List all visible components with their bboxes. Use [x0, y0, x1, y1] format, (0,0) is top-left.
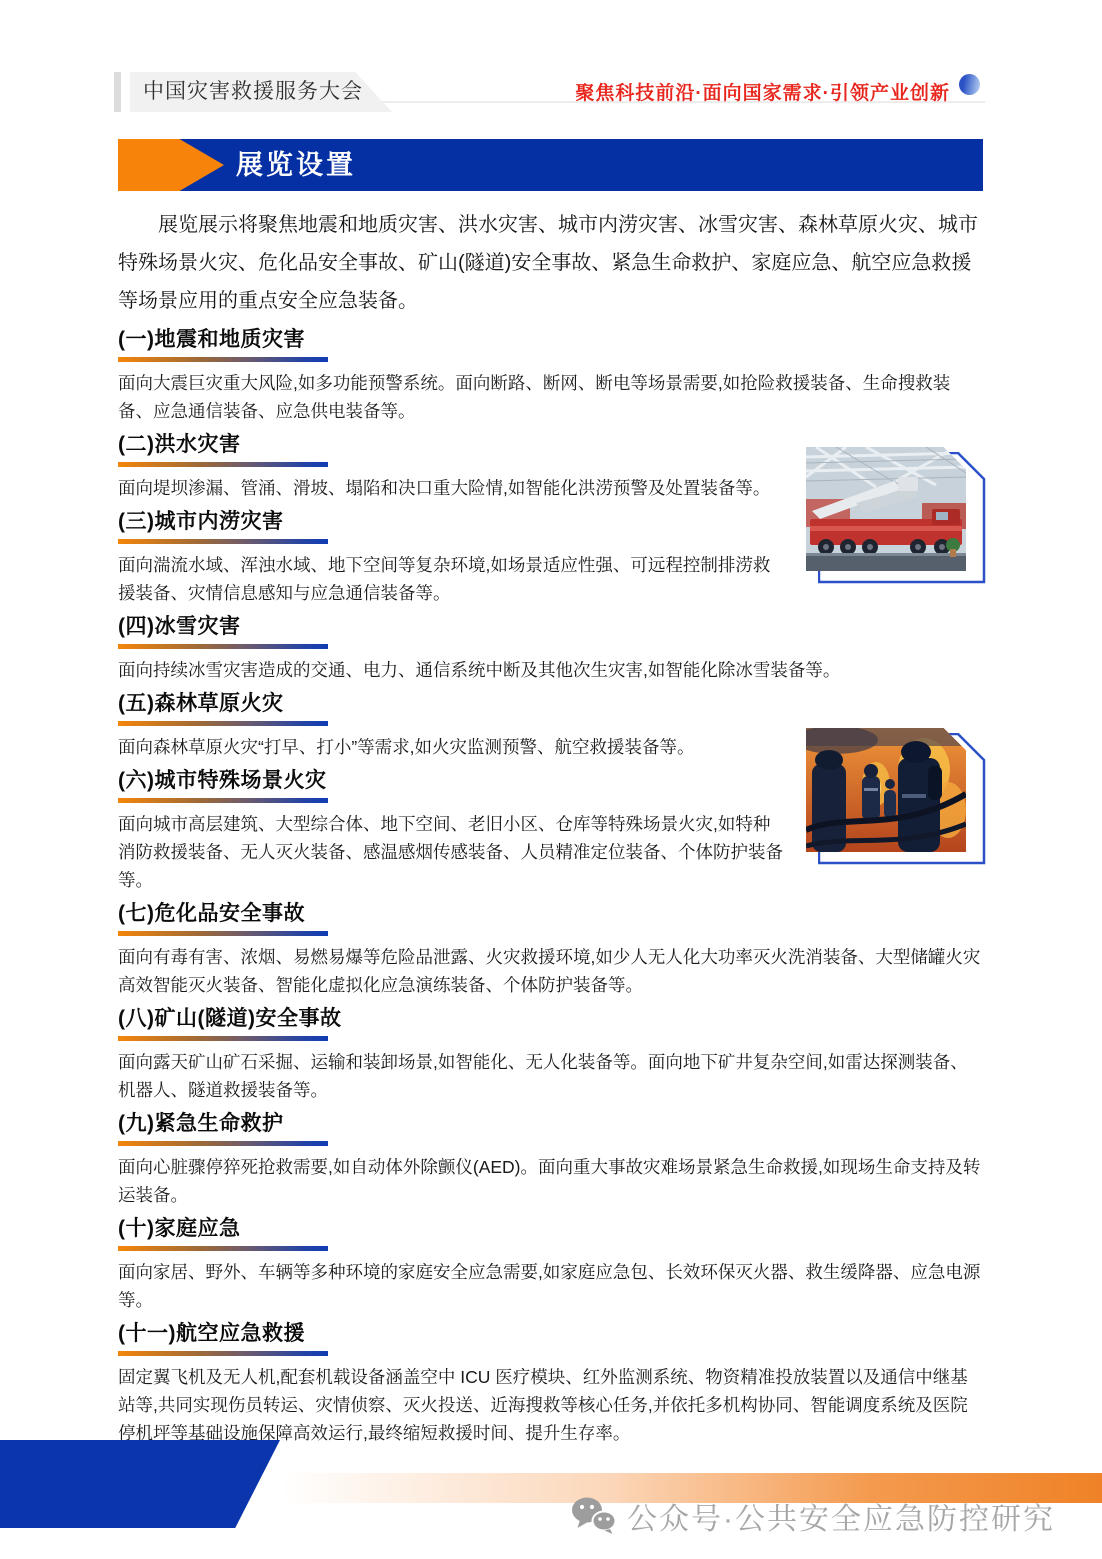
- content-column: 展览展示将聚焦地震和地质灾害、洪水灾害、城市内涝灾害、冰雪灾害、森林草原火灾、城…: [118, 206, 984, 1447]
- watermark-text: 公众号·公共安全应急防控研究: [627, 1494, 1055, 1538]
- heading-underline: [118, 644, 328, 649]
- section-title-banner: 展览设置: [118, 139, 983, 191]
- section-hazchem: (七)危化品安全事故 面向有毒有害、浓烟、易燃易爆等危险品泄露、火灾救援环境,如…: [118, 900, 984, 999]
- heading-underline: [118, 1036, 328, 1041]
- firefighters-photo-art: [806, 728, 966, 852]
- section-body: 面向心脏骤停猝死抢救需要,如自动体外除颤仪(AED)。面向重大事故灾难场景紧急生…: [118, 1153, 984, 1209]
- section-home-emergency: (十)家庭应急 面向家居、野外、车辆等多种环境的家庭安全应急需要,如家庭应急包、…: [118, 1215, 984, 1314]
- heading-underline: [118, 462, 328, 467]
- firefighters-blaze-photo: [806, 728, 984, 860]
- heading-underline: [118, 1351, 328, 1356]
- intro-paragraph: 展览展示将聚焦地震和地质灾害、洪水灾害、城市内涝灾害、冰雪灾害、森林草原火灾、城…: [118, 206, 984, 320]
- section-body: 面向持续冰雪灾害造成的交通、电力、通信系统中断及其他次生灾害,如智能化除冰雪装备…: [118, 656, 984, 684]
- section-heading: (一)地震和地质灾害: [118, 326, 984, 354]
- fire-truck-photo-art: [806, 447, 966, 571]
- heading-underline: [118, 539, 328, 544]
- heading-underline: [118, 1141, 328, 1146]
- section-ice-snow: (四)冰雪灾害 面向持续冰雪灾害造成的交通、电力、通信系统中断及其他次生灾害,如…: [118, 613, 984, 684]
- document-page: 中国灾害救援服务大会 聚焦科技前沿·面向国家需求·引领产业创新 展览设置 展览展…: [0, 0, 1102, 1559]
- section-forest-fire: (五)森林草原火灾: [118, 690, 984, 761]
- header-slogan: 聚焦科技前沿·面向国家需求·引领产业创新: [575, 78, 950, 105]
- heading-underline: [118, 721, 328, 726]
- arrow-icon: [118, 139, 224, 191]
- section-heading: (八)矿山(隧道)安全事故: [118, 1005, 984, 1033]
- heading-underline: [118, 1246, 328, 1251]
- header-accent-bar: [114, 72, 121, 112]
- section-heading: (九)紧急生命救护: [118, 1110, 984, 1138]
- section-heading: (五)森林草原火灾: [118, 690, 984, 718]
- section-aviation-rescue: (十一)航空应急救援 固定翼飞机及无人机,配套机载设备涵盖空中 ICU 医疗模块…: [118, 1320, 984, 1447]
- section-heading: (十一)航空应急救援: [118, 1320, 984, 1348]
- section-heading: (七)危化品安全事故: [118, 900, 984, 928]
- section-body: 面向家居、野外、车辆等多种环境的家庭安全应急需要,如家庭应急包、长效环保灭火器、…: [118, 1258, 984, 1314]
- section-earthquake: (一)地震和地质灾害 面向大震巨灾重大风险,如多功能预警系统。面向断路、断网、断…: [118, 326, 984, 425]
- section-body: 面向大震巨灾重大风险,如多功能预警系统。面向断路、断网、断电等场景需要,如抢险救…: [118, 369, 984, 425]
- watermark: 公众号·公共安全应急防控研究: [571, 1494, 1055, 1538]
- page-title: 展览设置: [236, 139, 356, 191]
- section-body: 面向有毒有害、浓烟、易燃易爆等危险品泄露、火灾救援环境,如少人无人化大功率灭火洗…: [118, 943, 984, 999]
- heading-underline: [118, 357, 328, 362]
- section-heading: (四)冰雪灾害: [118, 613, 984, 641]
- conference-name-tab: 中国灾害救援服务大会: [130, 72, 392, 112]
- section-mine-tunnel: (八)矿山(隧道)安全事故 面向露天矿山矿石采掘、运输和装卸场景,如智能化、无人…: [118, 1005, 984, 1104]
- footer-blue-parallelogram: [0, 1440, 280, 1528]
- heading-underline: [118, 931, 328, 936]
- section-body: 固定翼飞机及无人机,配套机载设备涵盖空中 ICU 医疗模块、红外监测系统、物资精…: [118, 1363, 984, 1447]
- section-flood: (二)洪水灾害 面向堤坝渗漏、管涌、滑坡、塌陷和决口重大险情,如智能化洪涝预警及…: [118, 431, 984, 502]
- wechat-icon: [571, 1496, 617, 1536]
- section-heading: (十)家庭应急: [118, 1215, 984, 1243]
- section-emergency-life-rescue: (九)紧急生命救护 面向心脏骤停猝死抢救需要,如自动体外除颤仪(AED)。面向重…: [118, 1110, 984, 1209]
- heading-underline: [118, 798, 328, 803]
- fire-truck-exhibition-photo: [806, 447, 984, 585]
- blue-dot-icon: [959, 74, 980, 95]
- conference-name: 中国灾害救援服务大会: [130, 72, 392, 112]
- section-body: 面向露天矿山矿石采掘、运输和装卸场景,如智能化、无人化装备等。面向地下矿井复杂空…: [118, 1048, 984, 1104]
